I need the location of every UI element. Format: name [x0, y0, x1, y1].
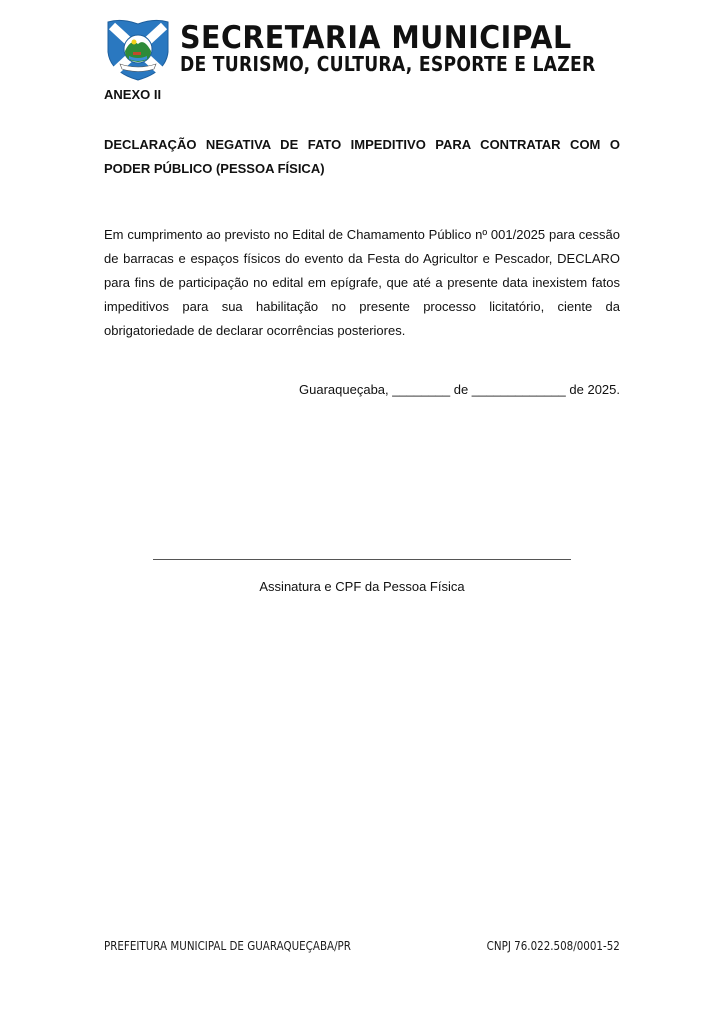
declaration-title: DECLARAÇÃO NEGATIVA DE FATO IMPEDITIVO P…: [104, 133, 620, 181]
declaration-body: Em cumprimento ao previsto no Edital de …: [104, 223, 620, 343]
department-title: SECRETARIA MUNICIPAL: [180, 22, 572, 54]
annex-label: ANEXO II: [104, 87, 161, 103]
municipal-crest-icon: [104, 16, 172, 82]
declaration-title-line2: PODER PÚBLICO (PESSOA FÍSICA): [104, 157, 620, 181]
department-subtitle: DE TURISMO, CULTURA, ESPORTE E LAZER: [180, 53, 596, 75]
footer-cnpj: CNPJ 76.022.508/0001-52: [487, 938, 620, 954]
signature-label: Assinatura e CPF da Pessoa Física: [0, 578, 724, 596]
document-page: SECRETARIA MUNICIPAL DE TURISMO, CULTURA…: [0, 0, 724, 1024]
declaration-title-line1: DECLARAÇÃO NEGATIVA DE FATO IMPEDITIVO P…: [104, 133, 620, 157]
footer-municipality: PREFEITURA MUNICIPAL DE GUARAQUEÇABA/PR: [104, 938, 351, 954]
place-date-line: Guaraqueçaba, ________ de _____________ …: [299, 381, 620, 399]
signature-line: [153, 559, 571, 560]
